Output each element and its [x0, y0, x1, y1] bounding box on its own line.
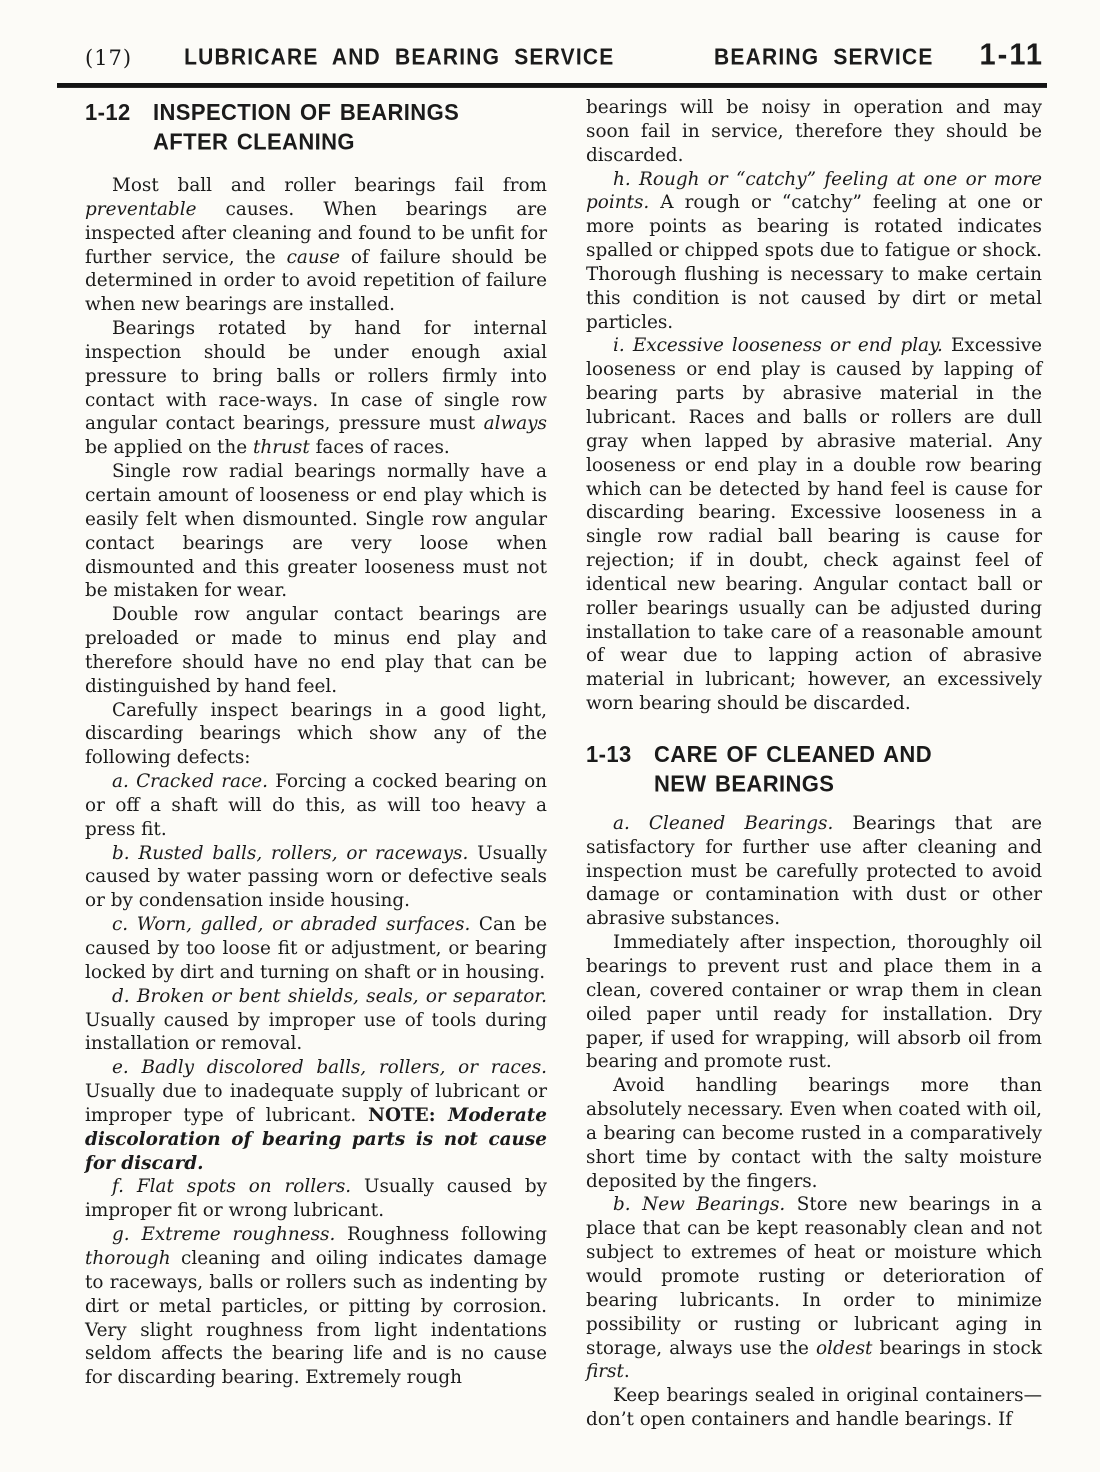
text-run: b. New Bearings.	[613, 1194, 785, 1215]
paragraph: Most ball and roller bearings fail from …	[85, 174, 547, 317]
text-run: Double row angular contact bearings are …	[85, 604, 547, 697]
text-run: a. Cracked race.	[112, 771, 268, 792]
text-run: Excessive looseness or end play is cause…	[586, 335, 1042, 714]
text-run: Bearings rotated by hand for internal in…	[85, 318, 547, 434]
paragraph: Keep bearings sealed in original contain…	[586, 1384, 1042, 1432]
right-column-text-lower: a. Cleaned Bearings. Bearings that are s…	[586, 812, 1042, 1432]
section-number: 1-13	[586, 740, 654, 799]
text-run: Usually caused by improper use of tools …	[85, 1010, 547, 1055]
running-head-left-group: (17) LUBRICARE AND BEARING SERVICE	[85, 46, 614, 71]
text-run: NOTE:	[368, 1105, 448, 1126]
paragraph: f. Flat spots on rollers. Usually caused…	[85, 1175, 547, 1223]
text-run: Immediately after inspection, thoroughly…	[586, 932, 1042, 1072]
text-run: bearings in stock	[872, 1338, 1042, 1359]
section-title: CARE OF CLEANED AND NEW BEARINGS	[654, 740, 1042, 799]
text-run: thorough	[85, 1248, 171, 1269]
text-run: Store new bearings in a place that can b…	[586, 1194, 1042, 1358]
text-run: Keep bearings sealed in original contain…	[586, 1385, 1042, 1430]
paragraph: Carefully inspect bearings in a good lig…	[85, 699, 547, 771]
running-head-right-group: BEARING SERVICE 1-11	[714, 40, 1044, 73]
text-run: thrust	[253, 437, 310, 458]
paragraph: h. Rough or “catchy” feeling at one or m…	[586, 168, 1042, 335]
section-title-line2: NEW BEARINGS	[654, 770, 834, 796]
text-run: oldest	[816, 1338, 872, 1359]
paragraph: Single row radial bearings normally have…	[85, 460, 547, 603]
text-run: Most ball and roller bearings fail from	[112, 175, 547, 196]
text-run: Avoid handling bearings more than absolu…	[586, 1075, 1042, 1191]
column-right: bearings will be noisy in operation and …	[586, 96, 1042, 1432]
section-title-line2: AFTER CLEANING	[153, 128, 355, 154]
paragraph: c. Worn, galled, or abraded surfaces. Ca…	[85, 913, 547, 985]
text-run: cleaning and oiling indicates damage to …	[85, 1248, 547, 1388]
text-run: always	[484, 413, 547, 434]
paragraph: d. Broken or bent shields, seals, or sep…	[85, 985, 547, 1057]
section-title: INSPECTION OF BEARINGS AFTER CLEANING	[153, 98, 547, 157]
text-run: cause	[287, 247, 340, 268]
paragraph: a. Cracked race. Forcing a cocked bearin…	[85, 770, 547, 842]
running-head-right: BEARING SERVICE	[714, 45, 934, 71]
text-run: d. Broken or bent shields, seals, or sep…	[112, 986, 547, 1007]
section-heading-1-12: 1-12 INSPECTION OF BEARINGS AFTER CLEANI…	[85, 98, 547, 157]
text-run: e. Badly discolored balls, rollers, or r…	[112, 1057, 547, 1078]
text-run: i. Excessive looseness or end play.	[613, 335, 943, 356]
paragraph: Avoid handling bearings more than absolu…	[586, 1074, 1042, 1193]
text-run: .	[624, 1361, 630, 1382]
page-number: 1-11	[980, 38, 1044, 73]
paragraph: b. New Bearings. Store new bearings in a…	[586, 1193, 1042, 1384]
left-column-text: Most ball and roller bearings fail from …	[85, 174, 547, 1390]
section-heading-1-13: 1-13 CARE OF CLEANED AND NEW BEARINGS	[586, 740, 1042, 799]
section-title-line1: INSPECTION OF BEARINGS	[153, 99, 459, 125]
text-run: faces of races.	[310, 437, 450, 458]
paragraph: Bearings rotated by hand for internal in…	[85, 317, 547, 460]
section-title-line1: CARE OF CLEANED AND	[654, 741, 932, 767]
text-run: c. Worn, galled, or abraded surfaces.	[112, 914, 470, 935]
text-run: Roughness following	[335, 1224, 547, 1245]
text-run: b. Rusted balls, rollers, or raceways.	[112, 843, 468, 864]
paragraph: g. Extreme roughness. Roughness followin…	[85, 1223, 547, 1390]
paragraph: bearings will be noisy in operation and …	[586, 96, 1042, 168]
paragraph: Immediately after inspection, thoroughly…	[586, 931, 1042, 1074]
right-column-text-upper: bearings will be noisy in operation and …	[586, 96, 1042, 716]
section-number: 1-12	[85, 98, 153, 157]
paragraph: i. Excessive looseness or end play. Exce…	[586, 334, 1042, 716]
page-ref: (17)	[85, 46, 132, 70]
text-run: Carefully inspect bearings in a good lig…	[85, 700, 547, 769]
text-run: bearings will be noisy in operation and …	[586, 97, 1042, 166]
text-run: be applied on the	[85, 437, 253, 458]
running-head-left: LUBRICARE AND BEARING SERVICE	[184, 45, 614, 71]
text-run: A rough or “catchy” feeling at one or mo…	[586, 192, 1042, 332]
paragraph: b. Rusted balls, rollers, or raceways. U…	[85, 842, 547, 914]
column-left: 1-12 INSPECTION OF BEARINGS AFTER CLEANI…	[85, 96, 547, 1390]
text-run: Single row radial bearings normally have…	[85, 461, 547, 601]
paragraph: Double row angular contact bearings are …	[85, 603, 547, 698]
paragraph: e. Badly discolored balls, rollers, or r…	[85, 1056, 547, 1175]
header-rule	[57, 83, 1047, 88]
paragraph: a. Cleaned Bearings. Bearings that are s…	[586, 812, 1042, 931]
text-run: g. Extreme roughness.	[112, 1224, 335, 1245]
text-run: a. Cleaned Bearings.	[613, 813, 833, 834]
text-run: first	[586, 1361, 624, 1382]
text-run: preventable	[85, 199, 196, 220]
manual-page: (17) LUBRICARE AND BEARING SERVICE BEARI…	[0, 0, 1100, 1472]
text-run: f. Flat spots on rollers.	[112, 1176, 351, 1197]
page-header: (17) LUBRICARE AND BEARING SERVICE BEARI…	[85, 40, 1044, 73]
